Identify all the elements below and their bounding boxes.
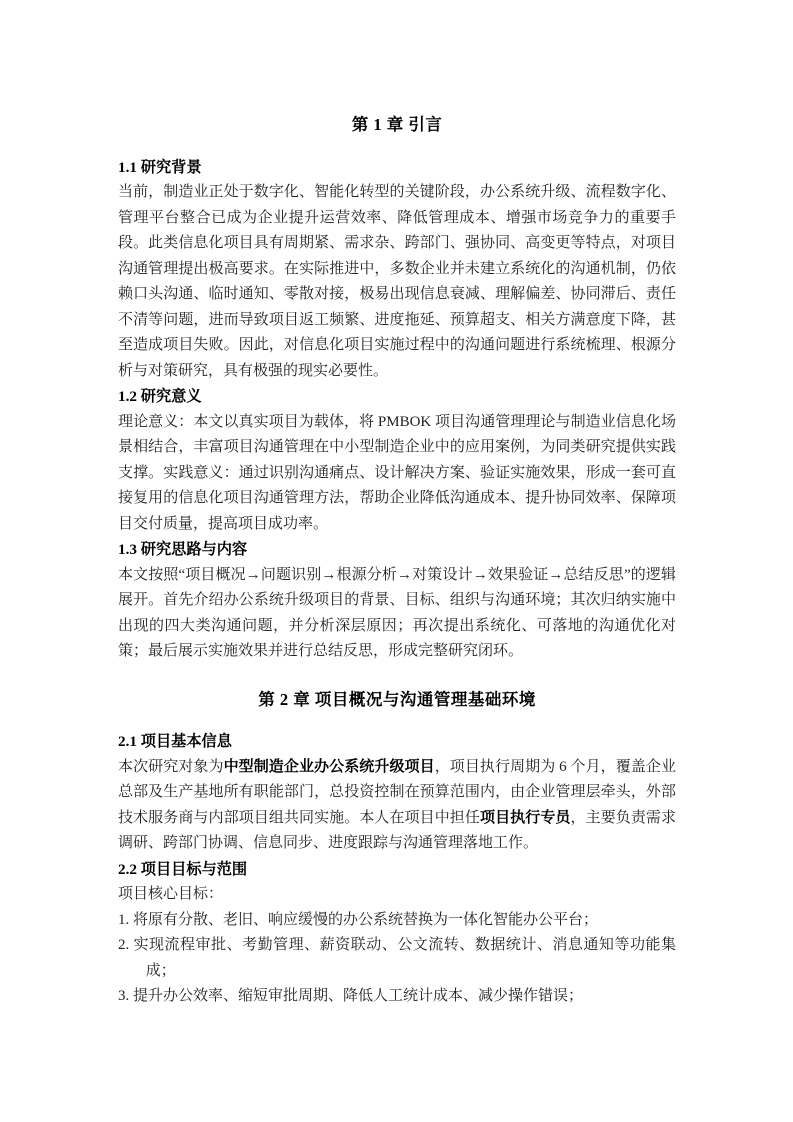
section-2-1-heading: 2.1 项目基本信息 — [118, 729, 676, 755]
section-2-1-bold-role-name: 项目执行专员 — [480, 810, 571, 826]
section-1-2-paragraph: 理论意义：本文以真实项目为载体，将 PMBOK 项目沟通管理理论与制造业信息化场… — [118, 410, 676, 538]
goal-list-item: 1. 将原有分散、老旧、响应缓慢的办公系统替换为一体化智能办公平台； — [118, 908, 676, 934]
document-page: 第 1 章 引言 1.1 研究背景 当前，制造业正处于数字化、智能化转型的关键阶… — [0, 0, 793, 1122]
chapter-2-title: 第 2 章 项目概况与沟通管理基础环境 — [118, 687, 676, 713]
goal-list-item: 3. 提升办公效率、缩短审批周期、降低人工统计成本、减少操作错误； — [118, 984, 676, 1010]
section-1-3-heading: 1.3 研究思路与内容 — [118, 537, 676, 563]
section-1-1-paragraph: 当前，制造业正处于数字化、智能化转型的关键阶段，办公系统升级、流程数字化、管理平… — [118, 180, 676, 384]
section-1-3-paragraph: 本文按照“项目概况→问题识别→根源分析→对策设计→效果验证→总结反思”的逻辑展开… — [118, 563, 676, 665]
section-1-1-heading: 1.1 研究背景 — [118, 155, 676, 181]
document-content: 第 1 章 引言 1.1 研究背景 当前，制造业正处于数字化、智能化转型的关键阶… — [118, 112, 676, 1010]
section-1-2-heading: 1.2 研究意义 — [118, 384, 676, 410]
section-2-1-paragraph: 本次研究对象为中型制造企业办公系统升级项目，项目执行周期为 6 个月，覆盖企业总… — [118, 755, 676, 857]
goal-list-item: 2. 实现流程审批、考勤管理、薪资联动、公文流转、数据统计、消息通知等功能集成； — [118, 933, 676, 984]
section-2-2-heading: 2.2 项目目标与范围 — [118, 857, 676, 883]
chapter-1-title: 第 1 章 引言 — [118, 112, 676, 138]
section-2-1-text-segment: 本次研究对象为 — [118, 759, 224, 775]
goals-intro-line: 项目核心目标： — [118, 882, 676, 908]
section-2-1-bold-project-name: 中型制造企业办公系统升级项目 — [224, 759, 435, 775]
